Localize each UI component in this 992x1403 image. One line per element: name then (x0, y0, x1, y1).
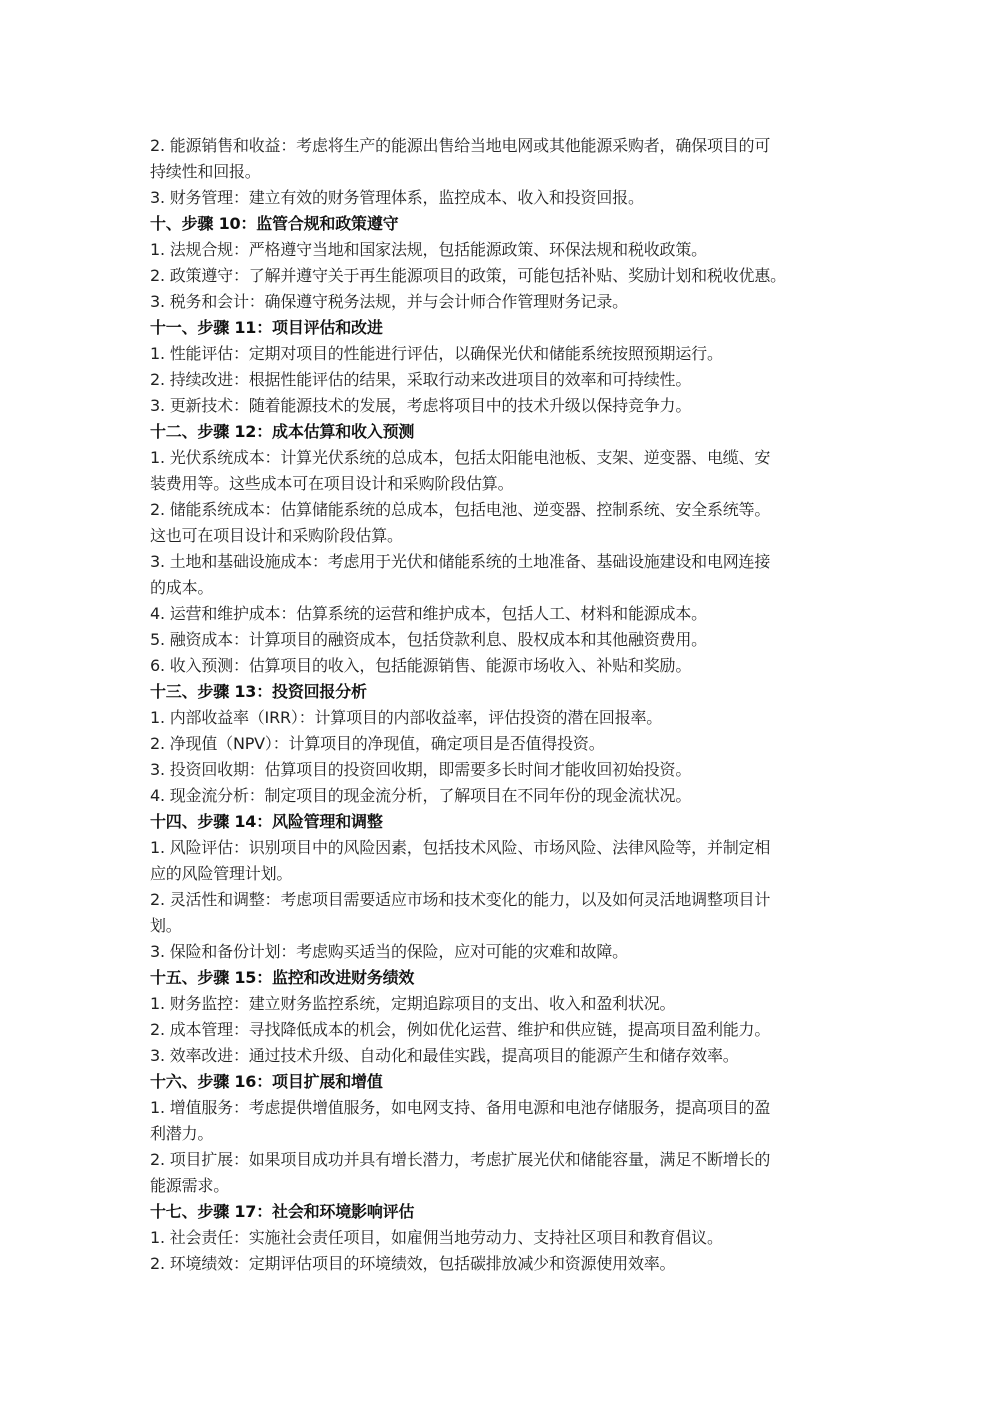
paragraph-line: 的成本。 (150, 575, 850, 601)
paragraph-line: 划。 (150, 913, 850, 939)
paragraph-line: 3. 效率改进：通过技术升级、自动化和最佳实践，提高项目的能源产生和储存效率。 (150, 1043, 850, 1069)
paragraph-line: 3. 土地和基础设施成本：考虑用于光伏和储能系统的土地准备、基础设施建设和电网连… (150, 549, 850, 575)
paragraph-line: 4. 现金流分析：制定项目的现金流分析，了解项目在不同年份的现金流状况。 (150, 783, 850, 809)
paragraph-line: 6. 收入预测：估算项目的收入，包括能源销售、能源市场收入、补贴和奖励。 (150, 653, 850, 679)
paragraph-line: 持续性和回报。 (150, 159, 850, 185)
paragraph-line: 5. 融资成本：计算项目的融资成本，包括贷款利息、股权成本和其他融资费用。 (150, 627, 850, 653)
paragraph-line: 2. 项目扩展：如果项目成功并具有增长潜力，考虑扩展光伏和储能容量，满足不断增长… (150, 1147, 850, 1173)
paragraph-line: 2. 灵活性和调整：考虑项目需要适应市场和技术变化的能力，以及如何灵活地调整项目… (150, 887, 850, 913)
section-heading-step-17: 十七、步骤 17：社会和环境影响评估 (150, 1199, 850, 1225)
paragraph-line: 这也可在项目设计和采购阶段估算。 (150, 523, 850, 549)
paragraph-line: 2. 储能系统成本：估算储能系统的总成本，包括电池、逆变器、控制系统、安全系统等… (150, 497, 850, 523)
document-page: 2. 能源销售和收益：考虑将生产的能源出售给当地电网或其他能源采购者，确保项目的… (150, 133, 850, 1277)
paragraph-line: 2. 持续改进：根据性能评估的结果，采取行动来改进项目的效率和可持续性。 (150, 367, 850, 393)
paragraph-line: 3. 保险和备份计划：考虑购买适当的保险，应对可能的灾难和故障。 (150, 939, 850, 965)
paragraph-line: 1. 风险评估：识别项目中的风险因素，包括技术风险、市场风险、法律风险等，并制定… (150, 835, 850, 861)
paragraph-line: 2. 环境绩效：定期评估项目的环境绩效，包括碳排放减少和资源使用效率。 (150, 1251, 850, 1277)
paragraph-line: 1. 增值服务：考虑提供增值服务，如电网支持、备用电源和电池存储服务，提高项目的… (150, 1095, 850, 1121)
paragraph-line: 2. 政策遵守：了解并遵守关于再生能源项目的政策，可能包括补贴、奖励计划和税收优… (150, 263, 850, 289)
paragraph-line: 3. 更新技术：随着能源技术的发展，考虑将项目中的技术升级以保持竞争力。 (150, 393, 850, 419)
paragraph-line: 2. 成本管理：寻找降低成本的机会，例如优化运营、维护和供应链，提高项目盈利能力… (150, 1017, 850, 1043)
section-heading-step-13: 十三、步骤 13：投资回报分析 (150, 679, 850, 705)
paragraph-line: 4. 运营和维护成本：估算系统的运营和维护成本，包括人工、材料和能源成本。 (150, 601, 850, 627)
paragraph-line: 1. 性能评估：定期对项目的性能进行评估，以确保光伏和储能系统按照预期运行。 (150, 341, 850, 367)
paragraph-line: 1. 光伏系统成本：计算光伏系统的总成本，包括太阳能电池板、支架、逆变器、电缆、… (150, 445, 850, 471)
paragraph-line: 3. 税务和会计：确保遵守税务法规，并与会计师合作管理财务记录。 (150, 289, 850, 315)
section-heading-step-14: 十四、步骤 14：风险管理和调整 (150, 809, 850, 835)
paragraph-line: 2. 净现值（NPV）：计算项目的净现值，确定项目是否值得投资。 (150, 731, 850, 757)
section-heading-step-10: 十、步骤 10：监管合规和政策遵守 (150, 211, 850, 237)
section-heading-step-15: 十五、步骤 15：监控和改进财务绩效 (150, 965, 850, 991)
section-heading-step-12: 十二、步骤 12：成本估算和收入预测 (150, 419, 850, 445)
paragraph-line: 应的风险管理计划。 (150, 861, 850, 887)
paragraph-line: 装费用等。这些成本可在项目设计和采购阶段估算。 (150, 471, 850, 497)
paragraph-line: 3. 财务管理：建立有效的财务管理体系，监控成本、收入和投资回报。 (150, 185, 850, 211)
paragraph-line: 2. 能源销售和收益：考虑将生产的能源出售给当地电网或其他能源采购者，确保项目的… (150, 133, 850, 159)
paragraph-line: 1. 财务监控：建立财务监控系统，定期追踪项目的支出、收入和盈利状况。 (150, 991, 850, 1017)
paragraph-line: 3. 投资回收期：估算项目的投资回收期，即需要多长时间才能收回初始投资。 (150, 757, 850, 783)
paragraph-line: 能源需求。 (150, 1173, 850, 1199)
paragraph-line: 1. 社会责任：实施社会责任项目，如雇佣当地劳动力、支持社区项目和教育倡议。 (150, 1225, 850, 1251)
paragraph-line: 利潜力。 (150, 1121, 850, 1147)
section-heading-step-11: 十一、步骤 11：项目评估和改进 (150, 315, 850, 341)
section-heading-step-16: 十六、步骤 16：项目扩展和增值 (150, 1069, 850, 1095)
paragraph-line: 1. 法规合规：严格遵守当地和国家法规，包括能源政策、环保法规和税收政策。 (150, 237, 850, 263)
paragraph-line: 1. 内部收益率（IRR）：计算项目的内部收益率，评估投资的潜在回报率。 (150, 705, 850, 731)
